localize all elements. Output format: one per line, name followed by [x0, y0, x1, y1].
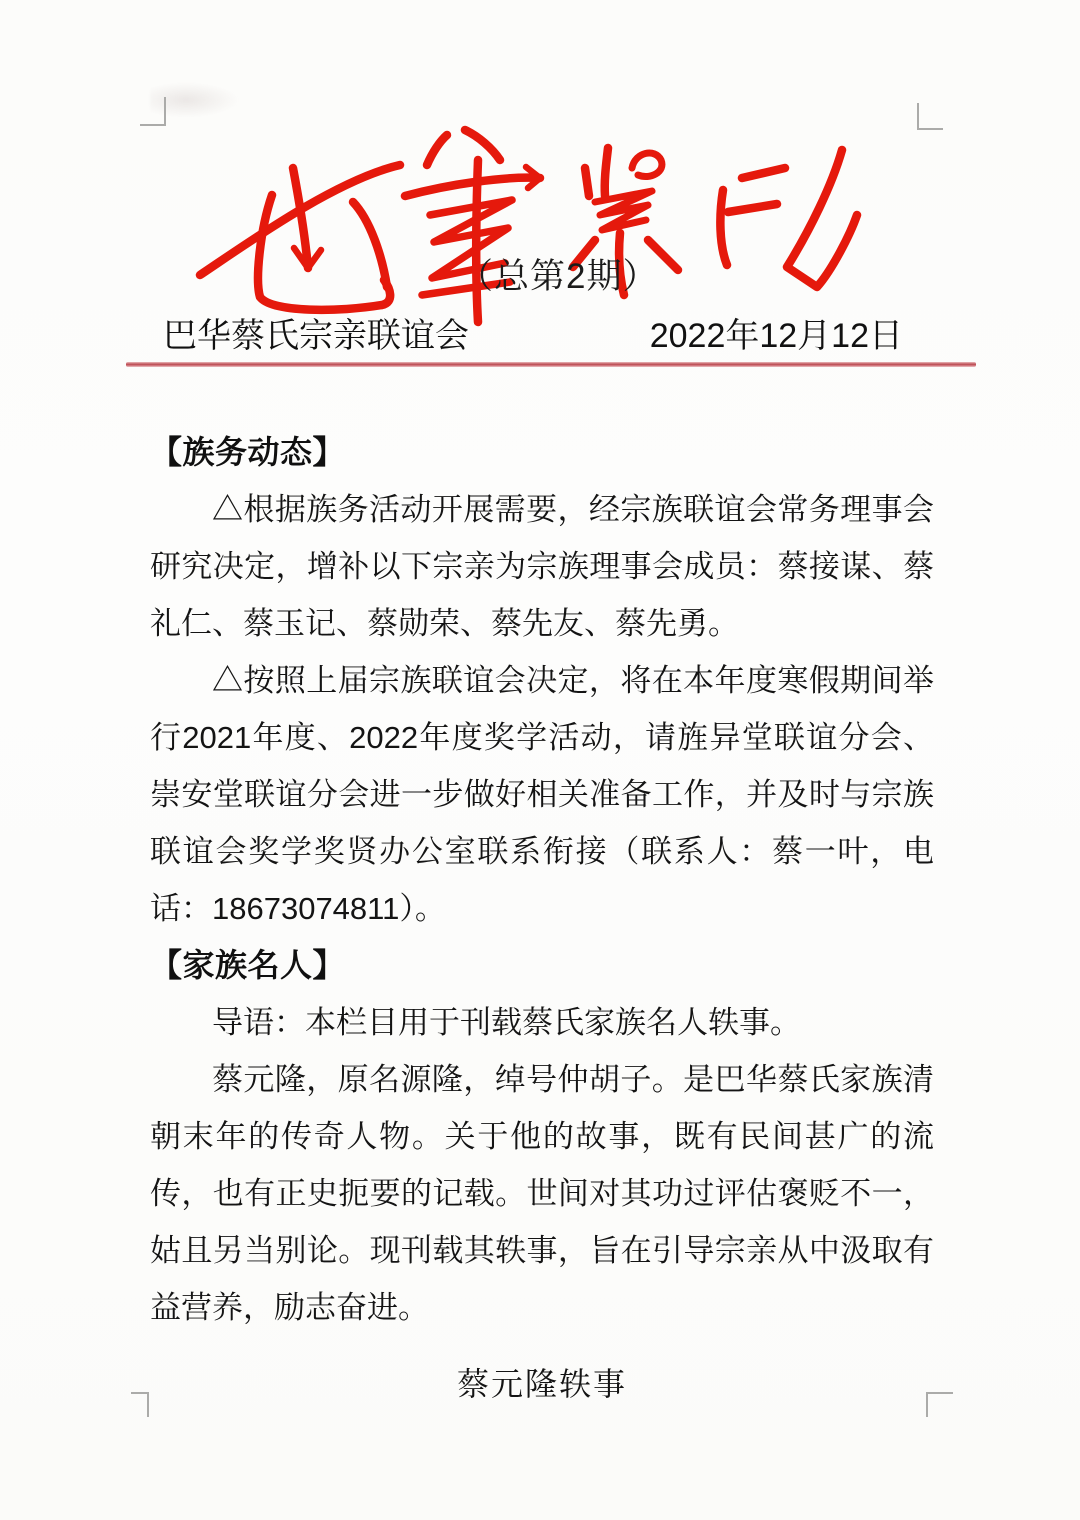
issue-number: （总第2期）: [458, 249, 658, 299]
paragraph-scholarship-notice: △按照上届宗族联谊会决定，将在本年度寒假期间举行2021年度、2022年度奖学活…: [150, 652, 934, 937]
paragraph-cai-yuanlong-intro: 蔡元隆，原名源隆，绰号仲胡子。是巴华蔡氏家族清朝末年的传奇人物。关于他的故事，既…: [150, 1051, 934, 1336]
article-title: 蔡元隆轶事: [150, 1356, 934, 1413]
masthead-calligraphy: [160, 120, 890, 340]
organization-name: 巴华蔡氏宗亲联谊会: [163, 308, 469, 357]
text-boundary-corner-bottom-left: [131, 1392, 149, 1417]
masthead-meta-row: 巴华蔡氏宗亲联谊会 2022年12月12日: [163, 308, 903, 357]
section-heading-clan-affairs: 【族务动态】: [150, 424, 934, 481]
masthead-divider: [126, 362, 976, 367]
newsletter-page: 巴華蔡氏: [0, 0, 1080, 1520]
text-boundary-corner-top-right: [917, 103, 943, 130]
paragraph-roster-addition: △根据族务活动开展需要，经宗族联谊会常务理事会研究决定，增补以下宗亲为宗族理事会…: [150, 481, 934, 652]
issue-date: 2022年12月12日: [650, 308, 903, 357]
document-body: 【族务动态】 △根据族务活动开展需要，经宗族联谊会常务理事会研究决定，增补以下宗…: [150, 424, 934, 1413]
paragraph-column-intro: 导语：本栏目用于刊载蔡氏家族名人轶事。: [150, 994, 934, 1051]
section-heading-family-celebrities: 【家族名人】: [150, 937, 934, 994]
calligraphy-char-shi: [720, 150, 857, 287]
calligraphy-char-ba: [200, 165, 400, 310]
